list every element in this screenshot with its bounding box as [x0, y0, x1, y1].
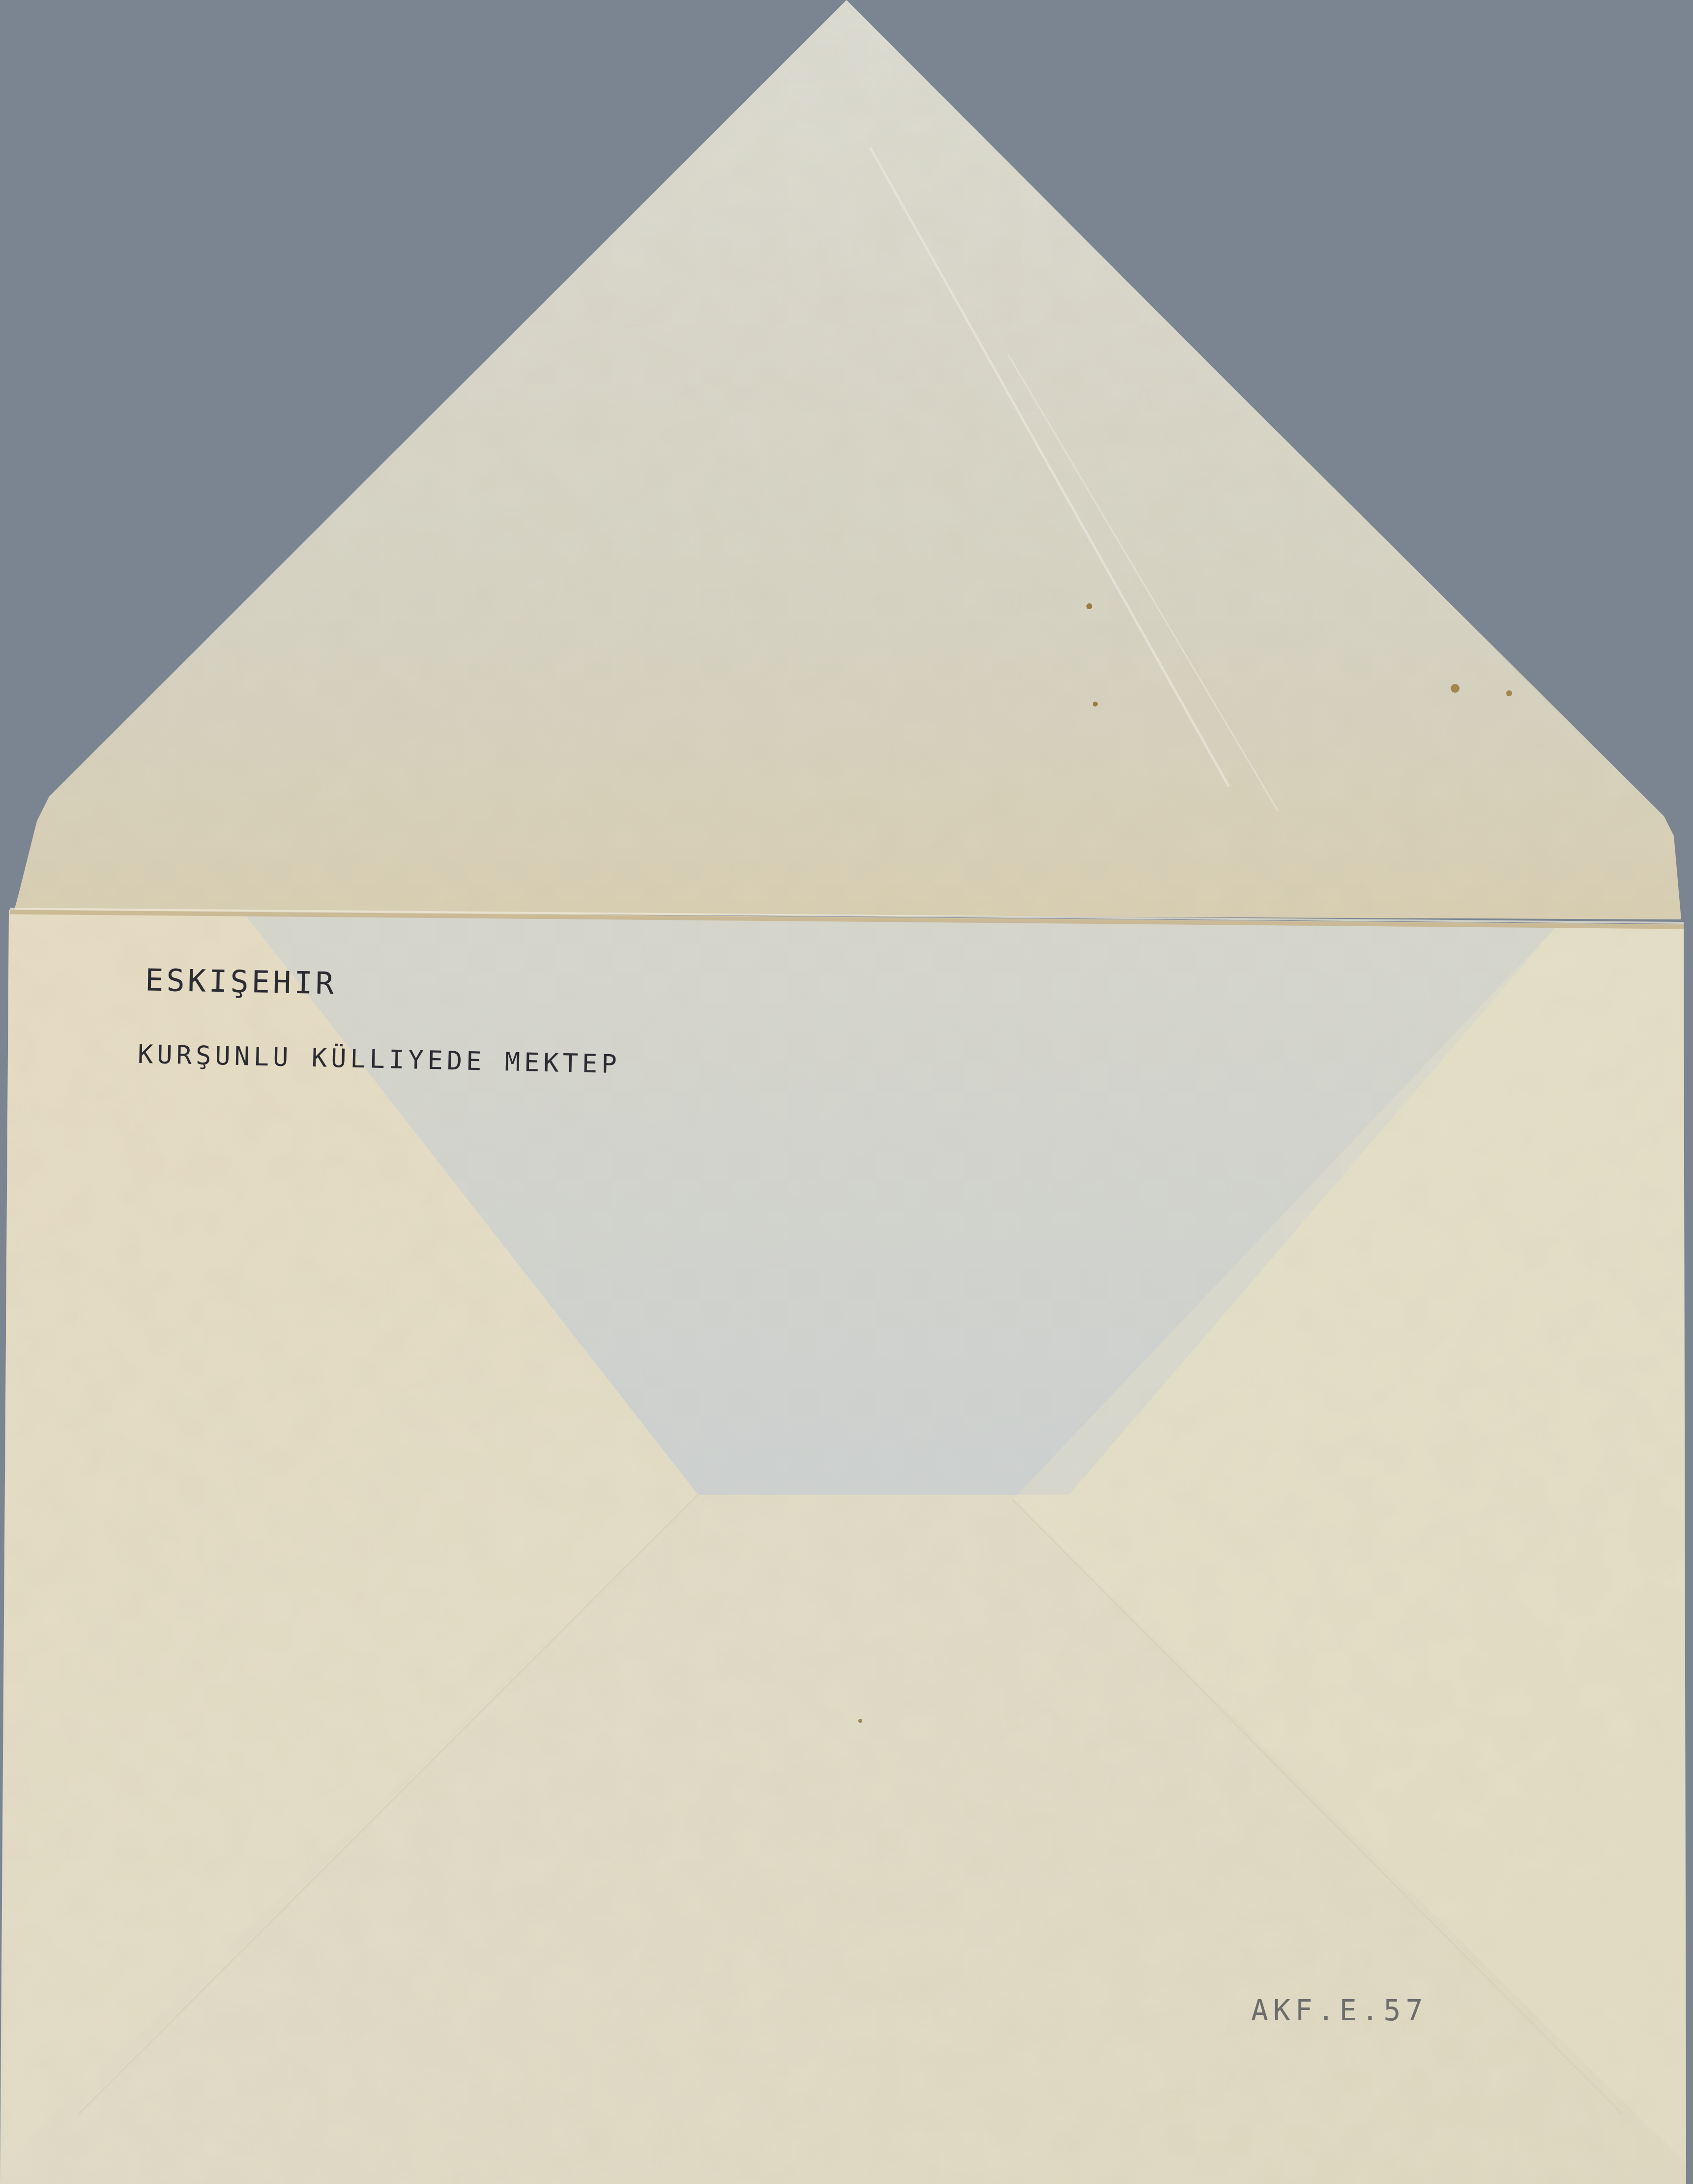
stain — [1093, 702, 1098, 707]
handwritten-city: Eskişehir — [145, 962, 337, 1002]
stain — [1086, 603, 1092, 609]
stain — [1451, 684, 1459, 693]
envelope-scan — [0, 0, 1693, 2184]
catalog-number: AKF.E.57 — [1251, 1994, 1428, 2027]
stain — [1506, 690, 1512, 696]
stain — [858, 1719, 862, 1723]
